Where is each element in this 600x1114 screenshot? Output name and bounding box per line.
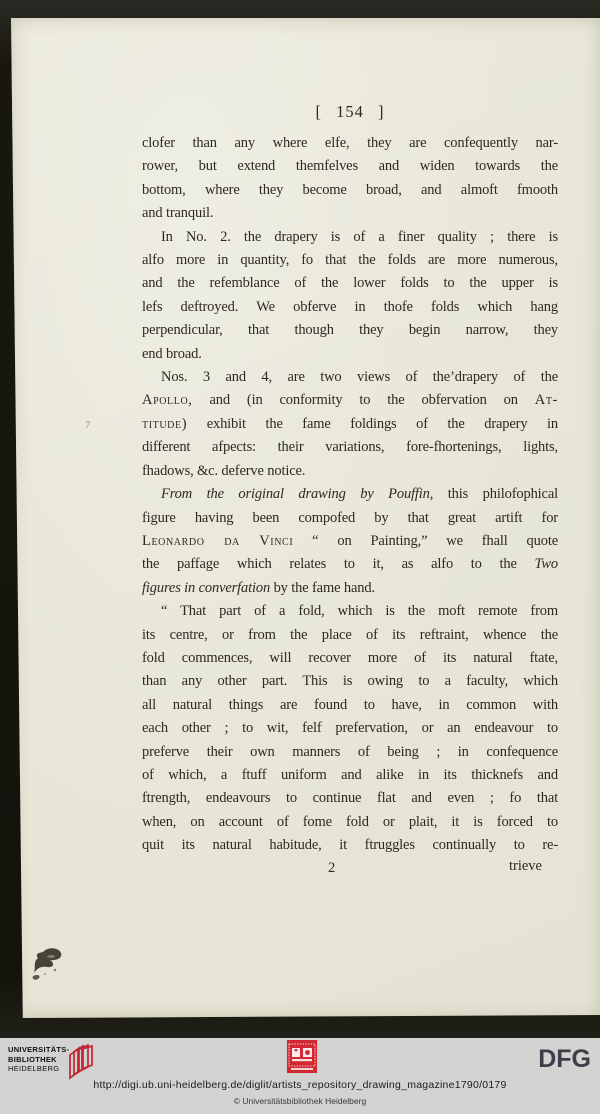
ink-smudge: [25, 930, 73, 988]
text-line: titude) exhibit the fame foldings of the…: [142, 413, 558, 436]
text-line: than any other part. This is owing to a …: [142, 670, 558, 693]
text-line: figures in converfation by the fame hand…: [142, 577, 558, 600]
digitization-footer: UNIVERSITÄTS- BIBLIOTHEK HEIDELBERG: [0, 1038, 600, 1114]
text-line: different afpects: their variations, for…: [142, 436, 558, 459]
copyright-notice: © Universitätsbibliothek Heidelberg: [0, 1096, 600, 1106]
text-line: fhadows, &c. deferve notice.: [142, 460, 558, 483]
text-line: of which, a ftuff uniform and alike in i…: [142, 764, 558, 787]
signature-mark: 2: [328, 860, 335, 877]
text-line: ftrength, endeavours to continue flat an…: [142, 787, 558, 810]
text-line: quit its natural habitude, it ftruggles …: [142, 834, 558, 857]
page-number-header: [ 154 ]: [142, 102, 558, 132]
text-line: From the original drawing by Pouffin, th…: [142, 483, 558, 506]
text-lines: clofer than any where elfe, they are con…: [142, 132, 558, 858]
text-line: when, on account of fome fold or plait, …: [142, 811, 558, 834]
text-line: Nos. 3 and 4, are two views of the’drape…: [142, 366, 558, 389]
text-line: and tranquil.: [142, 202, 558, 225]
text-line: the paffage which relates to it, as alfo…: [142, 553, 558, 576]
book-page: [ 154 ] clofer than any where elfe, they…: [11, 18, 600, 1018]
signature-row: 2 trieve: [142, 858, 558, 881]
text-line: its centre, or from the place of its ref…: [142, 624, 558, 647]
text-line: figure having been compofed by that grea…: [142, 507, 558, 530]
page-text-block: [ 154 ] clofer than any where elfe, they…: [142, 102, 558, 881]
text-line: lefs deftroyed. We obferve in thofe fold…: [142, 296, 558, 319]
text-line: perpendicular, that though they begin na…: [142, 319, 558, 342]
book-page-scan: [ 154 ] clofer than any where elfe, they…: [0, 0, 600, 1038]
text-line: fold commences, will recover more of its…: [142, 647, 558, 670]
text-line: Apollo, and (in conformity to the obferv…: [142, 389, 558, 412]
source-url[interactable]: http://digi.ub.uni-heidelberg.de/diglit/…: [0, 1079, 600, 1091]
catchword: trieve: [509, 858, 542, 875]
text-line: Leonardo da Vinci “ on Painting,” we fha…: [142, 530, 558, 553]
text-line: end broad.: [142, 343, 558, 366]
text-line: alfo more in quantity, fo that the folds…: [142, 249, 558, 272]
heidelberg-crest-icon: [287, 1040, 317, 1078]
text-line: preferve their own manners of being ; in…: [142, 741, 558, 764]
text-line: rower, but extend themfelves and widen t…: [142, 155, 558, 178]
library-logo: UNIVERSITÄTS- BIBLIOTHEK HEIDELBERG: [8, 1045, 118, 1074]
dfg-logo: DFG: [538, 1045, 591, 1074]
text-line: clofer than any where elfe, they are con…: [142, 132, 558, 155]
text-line: all natural things are found to have, in…: [142, 694, 558, 717]
text-line: “ That part of a fold, which is the moft…: [142, 600, 558, 623]
text-line: bottom, where they become broad, and alm…: [142, 179, 558, 202]
margin-mark: 7: [84, 420, 90, 432]
text-line: and the refemblance of the lower folds t…: [142, 272, 558, 295]
text-line: In No. 2. the drapery is of a finer qual…: [142, 226, 558, 249]
text-line: each other ; to wit, felf prefervation, …: [142, 717, 558, 740]
